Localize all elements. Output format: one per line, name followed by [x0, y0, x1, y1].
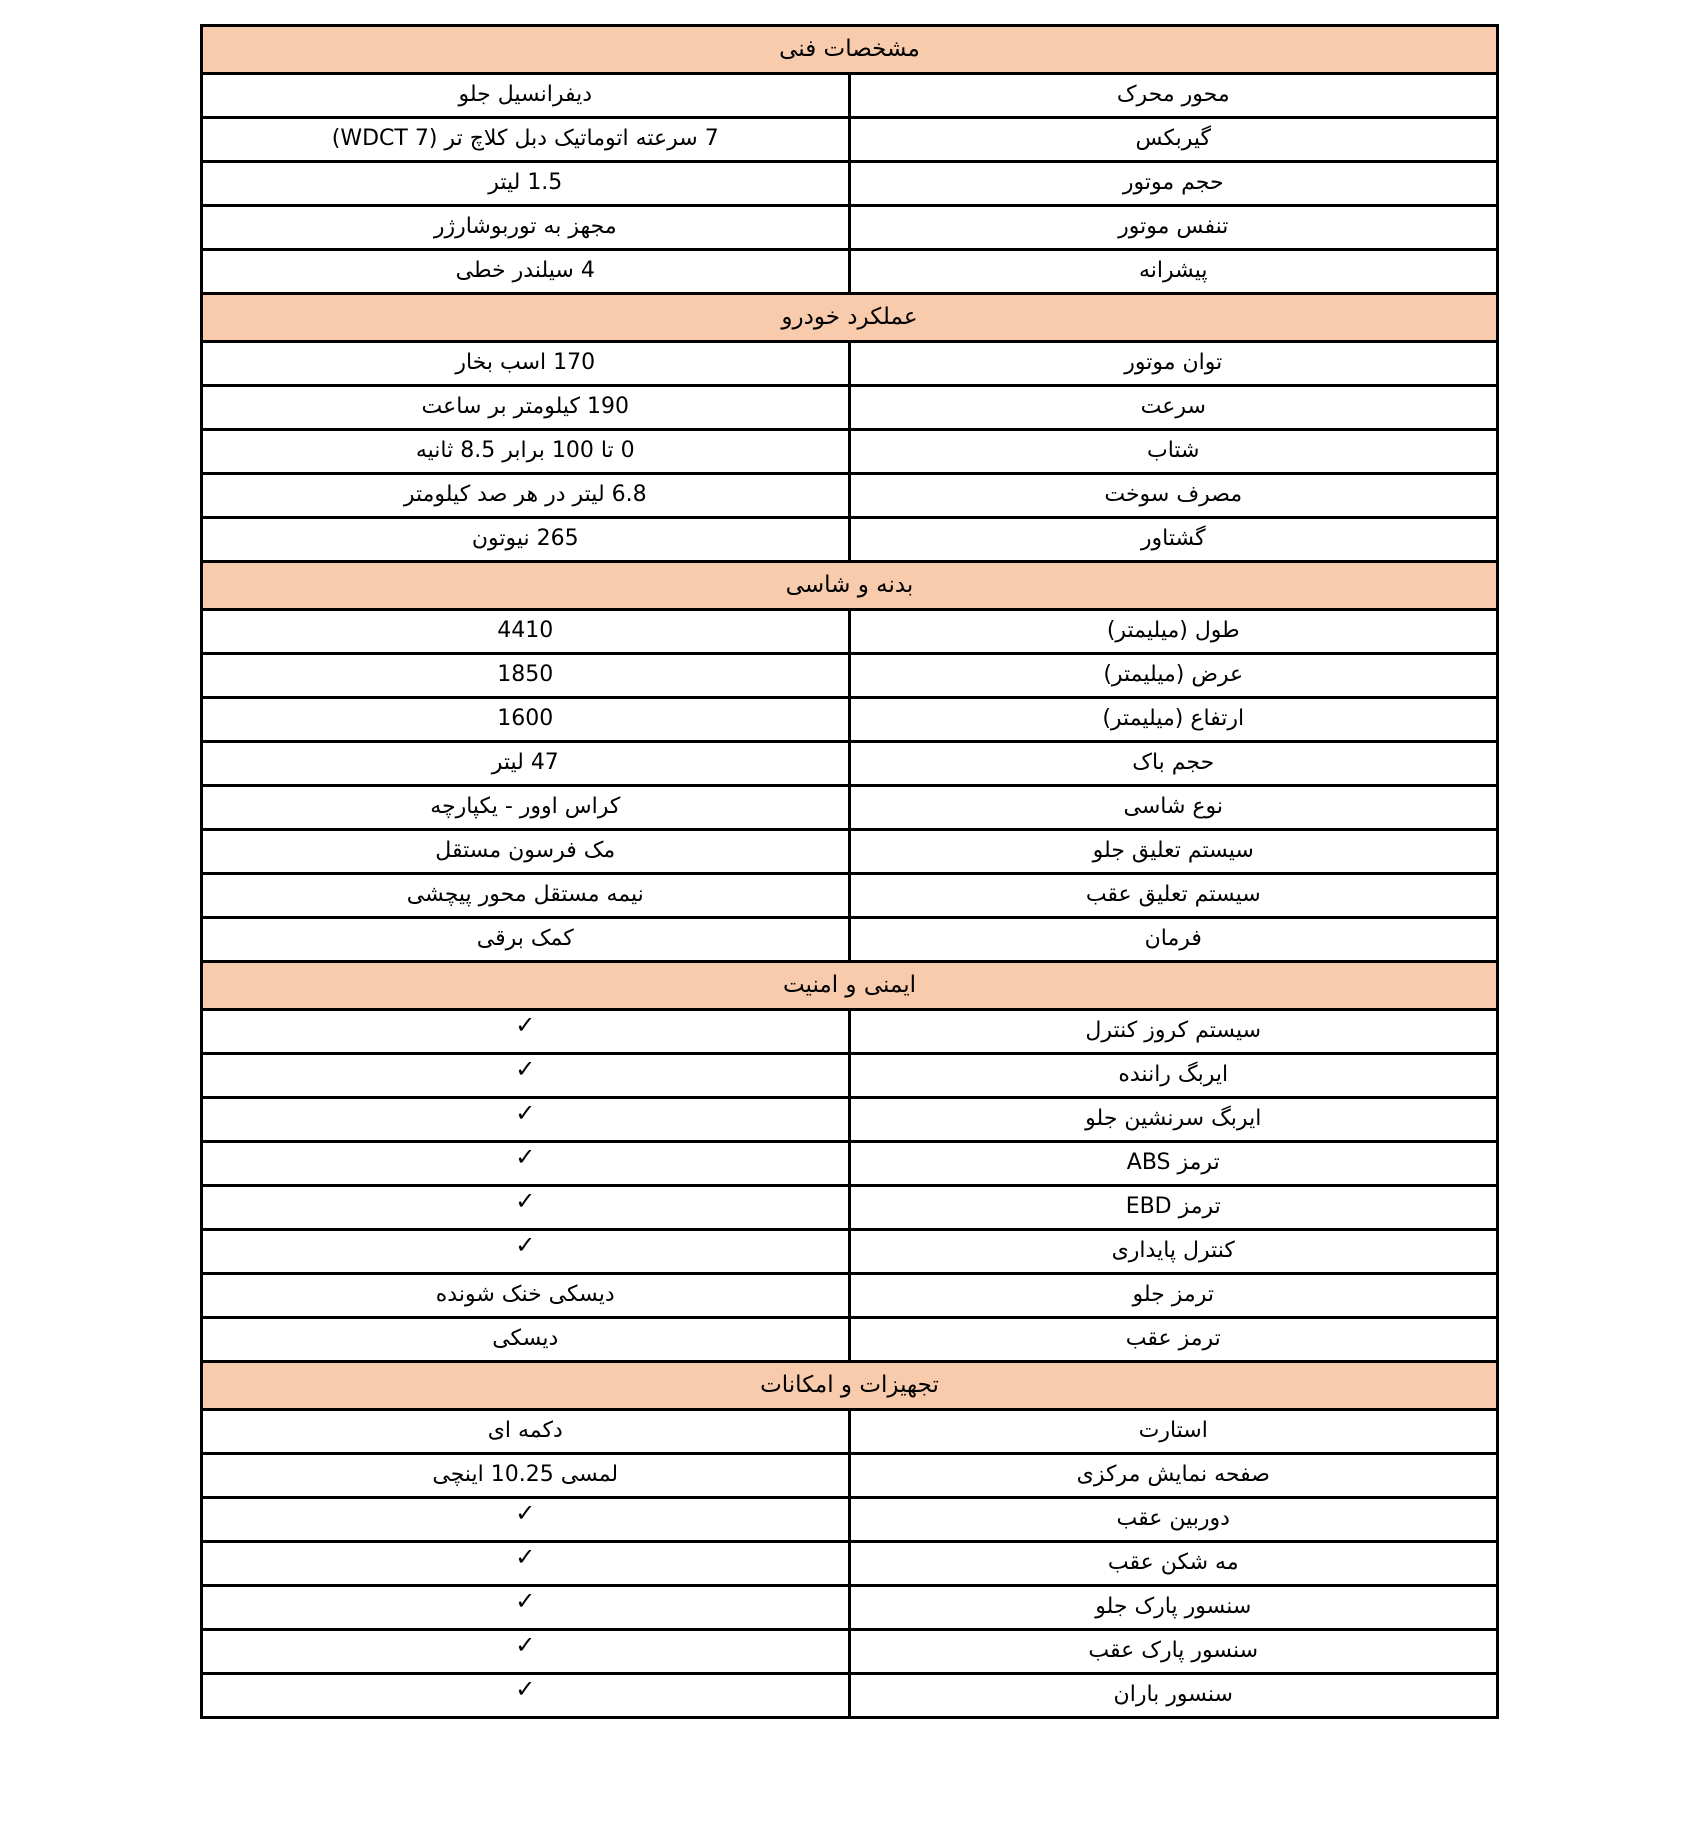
- table-row: ارتفاع (میلیمتر)1600: [202, 698, 1498, 742]
- spec-label: نوع شاسی: [849, 786, 1498, 830]
- table-row: شتاب0 تا 100 برابر 8.5 ثانیه: [202, 430, 1498, 474]
- spec-label: سیستم تعلیق جلو: [849, 830, 1498, 874]
- section-header-technical-specs: مشخصات فنی: [202, 26, 1498, 74]
- table-row: ترمز ABS✓: [202, 1142, 1498, 1186]
- spec-value: ✓: [202, 1186, 850, 1230]
- spec-value: ✓: [202, 1230, 850, 1274]
- spec-label: استارت: [849, 1410, 1498, 1454]
- spec-value: 4 سیلندر خطی: [202, 250, 850, 294]
- spec-label: دوربین عقب: [849, 1498, 1498, 1542]
- spec-label: سنسور پارک جلو: [849, 1586, 1498, 1630]
- table-row: عرض (میلیمتر)1850: [202, 654, 1498, 698]
- section-title: تجهیزات و امکانات: [202, 1362, 1498, 1410]
- table-row: سیستم کروز کنترل✓: [202, 1010, 1498, 1054]
- spec-value: ✓: [202, 1542, 850, 1586]
- spec-value: ✓: [202, 1142, 850, 1186]
- table-row: توان موتور170 اسب بخار: [202, 342, 1498, 386]
- spec-value: 1.5 لیتر: [202, 162, 850, 206]
- table-row: ایربگ راننده✓: [202, 1054, 1498, 1098]
- spec-label: سیستم تعلیق عقب: [849, 874, 1498, 918]
- table-row: استارتدکمه ای: [202, 1410, 1498, 1454]
- checkmark-icon: ✓: [515, 1099, 535, 1127]
- table-row: نوع شاسیکراس اوور - یکپارچه: [202, 786, 1498, 830]
- spec-label: حجم باک: [849, 742, 1498, 786]
- spec-label: ترمز ABS: [849, 1142, 1498, 1186]
- table-row: مصرف سوخت6.8 لیتر در هر صد کیلومتر: [202, 474, 1498, 518]
- section-title: ایمنی و امنیت: [202, 962, 1498, 1010]
- table-row: ترمز EBD✓: [202, 1186, 1498, 1230]
- section-title: مشخصات فنی: [202, 26, 1498, 74]
- table-row: سرعت190 کیلومتر بر ساعت: [202, 386, 1498, 430]
- checkmark-icon: ✓: [515, 1231, 535, 1259]
- checkmark-icon: ✓: [515, 1631, 535, 1659]
- table-row: ایربگ سرنشین جلو✓: [202, 1098, 1498, 1142]
- spec-value: لمسی 10.25 اینچی: [202, 1454, 850, 1498]
- spec-label: عرض (میلیمتر): [849, 654, 1498, 698]
- spec-label: توان موتور: [849, 342, 1498, 386]
- table-row: ترمز عقبدیسکی: [202, 1318, 1498, 1362]
- section-header-body-chassis: بدنه و شاسی: [202, 562, 1498, 610]
- spec-label: کنترل پایداری: [849, 1230, 1498, 1274]
- spec-value: 7 سرعته اتوماتیک دبل کلاچ تر (7 WDCT): [202, 118, 850, 162]
- spec-label: حجم موتور: [849, 162, 1498, 206]
- table-row: گیربکس7 سرعته اتوماتیک دبل کلاچ تر (7 WD…: [202, 118, 1498, 162]
- table-row: مه شکن عقب✓: [202, 1542, 1498, 1586]
- table-row: کنترل پایداری✓: [202, 1230, 1498, 1274]
- spec-value: 6.8 لیتر در هر صد کیلومتر: [202, 474, 850, 518]
- checkmark-icon: ✓: [515, 1055, 535, 1083]
- table-row: ترمز جلودیسکی خنک شونده: [202, 1274, 1498, 1318]
- spec-value: مک فرسون مستقل: [202, 830, 850, 874]
- spec-value: ✓: [202, 1098, 850, 1142]
- spec-label: ایربگ سرنشین جلو: [849, 1098, 1498, 1142]
- table-row: سنسور باران✓: [202, 1674, 1498, 1718]
- table-row: فرمانکمک برقی: [202, 918, 1498, 962]
- spec-label: گیربکس: [849, 118, 1498, 162]
- table-row: سیستم تعلیق جلومک فرسون مستقل: [202, 830, 1498, 874]
- table-row: گشتاور265 نیوتون: [202, 518, 1498, 562]
- spec-label: مه شکن عقب: [849, 1542, 1498, 1586]
- table-row: محور محرکدیفرانسیل جلو: [202, 74, 1498, 118]
- spec-label: طول (میلیمتر): [849, 610, 1498, 654]
- spec-label: صفحه نمایش مرکزی: [849, 1454, 1498, 1498]
- spec-label: ترمز EBD: [849, 1186, 1498, 1230]
- checkmark-icon: ✓: [515, 1187, 535, 1215]
- table-row: سنسور پارک جلو✓: [202, 1586, 1498, 1630]
- spec-label: سرعت: [849, 386, 1498, 430]
- spec-label: تنفس موتور: [849, 206, 1498, 250]
- spec-value: 265 نیوتون: [202, 518, 850, 562]
- spec-value: 1850: [202, 654, 850, 698]
- section-header-performance: عملکرد خودرو: [202, 294, 1498, 342]
- spec-value: 47 لیتر: [202, 742, 850, 786]
- car-spec-table: مشخصات فنیمحور محرکدیفرانسیل جلوگیربکس7 …: [200, 24, 1499, 1719]
- spec-value: 170 اسب بخار: [202, 342, 850, 386]
- spec-label: شتاب: [849, 430, 1498, 474]
- table-row: تنفس موتورمجهز به توربوشارژر: [202, 206, 1498, 250]
- spec-label: پیشرانه: [849, 250, 1498, 294]
- spec-label: ارتفاع (میلیمتر): [849, 698, 1498, 742]
- section-header-safety-security: ایمنی و امنیت: [202, 962, 1498, 1010]
- table-row: طول (میلیمتر)4410: [202, 610, 1498, 654]
- checkmark-icon: ✓: [515, 1675, 535, 1703]
- spec-label: مصرف سوخت: [849, 474, 1498, 518]
- spec-value: نیمه مستقل محور پیچشی: [202, 874, 850, 918]
- spec-value: دیسکی خنک شونده: [202, 1274, 850, 1318]
- table-row: حجم موتور1.5 لیتر: [202, 162, 1498, 206]
- table-row: پیشرانه4 سیلندر خطی: [202, 250, 1498, 294]
- section-title: بدنه و شاسی: [202, 562, 1498, 610]
- spec-value: کمک برقی: [202, 918, 850, 962]
- spec-value: ✓: [202, 1010, 850, 1054]
- spec-label: سنسور باران: [849, 1674, 1498, 1718]
- spec-value: ✓: [202, 1498, 850, 1542]
- table-row: دوربین عقب✓: [202, 1498, 1498, 1542]
- spec-label: گشتاور: [849, 518, 1498, 562]
- spec-value: دکمه ای: [202, 1410, 850, 1454]
- spec-label: محور محرک: [849, 74, 1498, 118]
- spec-label: سیستم کروز کنترل: [849, 1010, 1498, 1054]
- spec-value: ✓: [202, 1674, 850, 1718]
- spec-value: 0 تا 100 برابر 8.5 ثانیه: [202, 430, 850, 474]
- table-row: سنسور پارک عقب✓: [202, 1630, 1498, 1674]
- checkmark-icon: ✓: [515, 1011, 535, 1039]
- spec-value: 1600: [202, 698, 850, 742]
- spec-label: ایربگ راننده: [849, 1054, 1498, 1098]
- checkmark-icon: ✓: [515, 1587, 535, 1615]
- spec-label: ترمز جلو: [849, 1274, 1498, 1318]
- checkmark-icon: ✓: [515, 1543, 535, 1571]
- spec-value: ✓: [202, 1054, 850, 1098]
- spec-value: دیسکی: [202, 1318, 850, 1362]
- table-row: صفحه نمایش مرکزیلمسی 10.25 اینچی: [202, 1454, 1498, 1498]
- checkmark-icon: ✓: [515, 1499, 535, 1527]
- spec-value: ✓: [202, 1630, 850, 1674]
- checkmark-icon: ✓: [515, 1143, 535, 1171]
- spec-label: ترمز عقب: [849, 1318, 1498, 1362]
- spec-value: 190 کیلومتر بر ساعت: [202, 386, 850, 430]
- spec-label: سنسور پارک عقب: [849, 1630, 1498, 1674]
- spec-table-body: مشخصات فنیمحور محرکدیفرانسیل جلوگیربکس7 …: [202, 26, 1498, 1718]
- section-title: عملکرد خودرو: [202, 294, 1498, 342]
- spec-value: ✓: [202, 1586, 850, 1630]
- spec-value: دیفرانسیل جلو: [202, 74, 850, 118]
- spec-value: کراس اوور - یکپارچه: [202, 786, 850, 830]
- table-row: حجم باک47 لیتر: [202, 742, 1498, 786]
- table-row: سیستم تعلیق عقبنیمه مستقل محور پیچشی: [202, 874, 1498, 918]
- spec-label: فرمان: [849, 918, 1498, 962]
- spec-value: مجهز به توربوشارژر: [202, 206, 850, 250]
- spec-value: 4410: [202, 610, 850, 654]
- section-header-equipment-features: تجهیزات و امکانات: [202, 1362, 1498, 1410]
